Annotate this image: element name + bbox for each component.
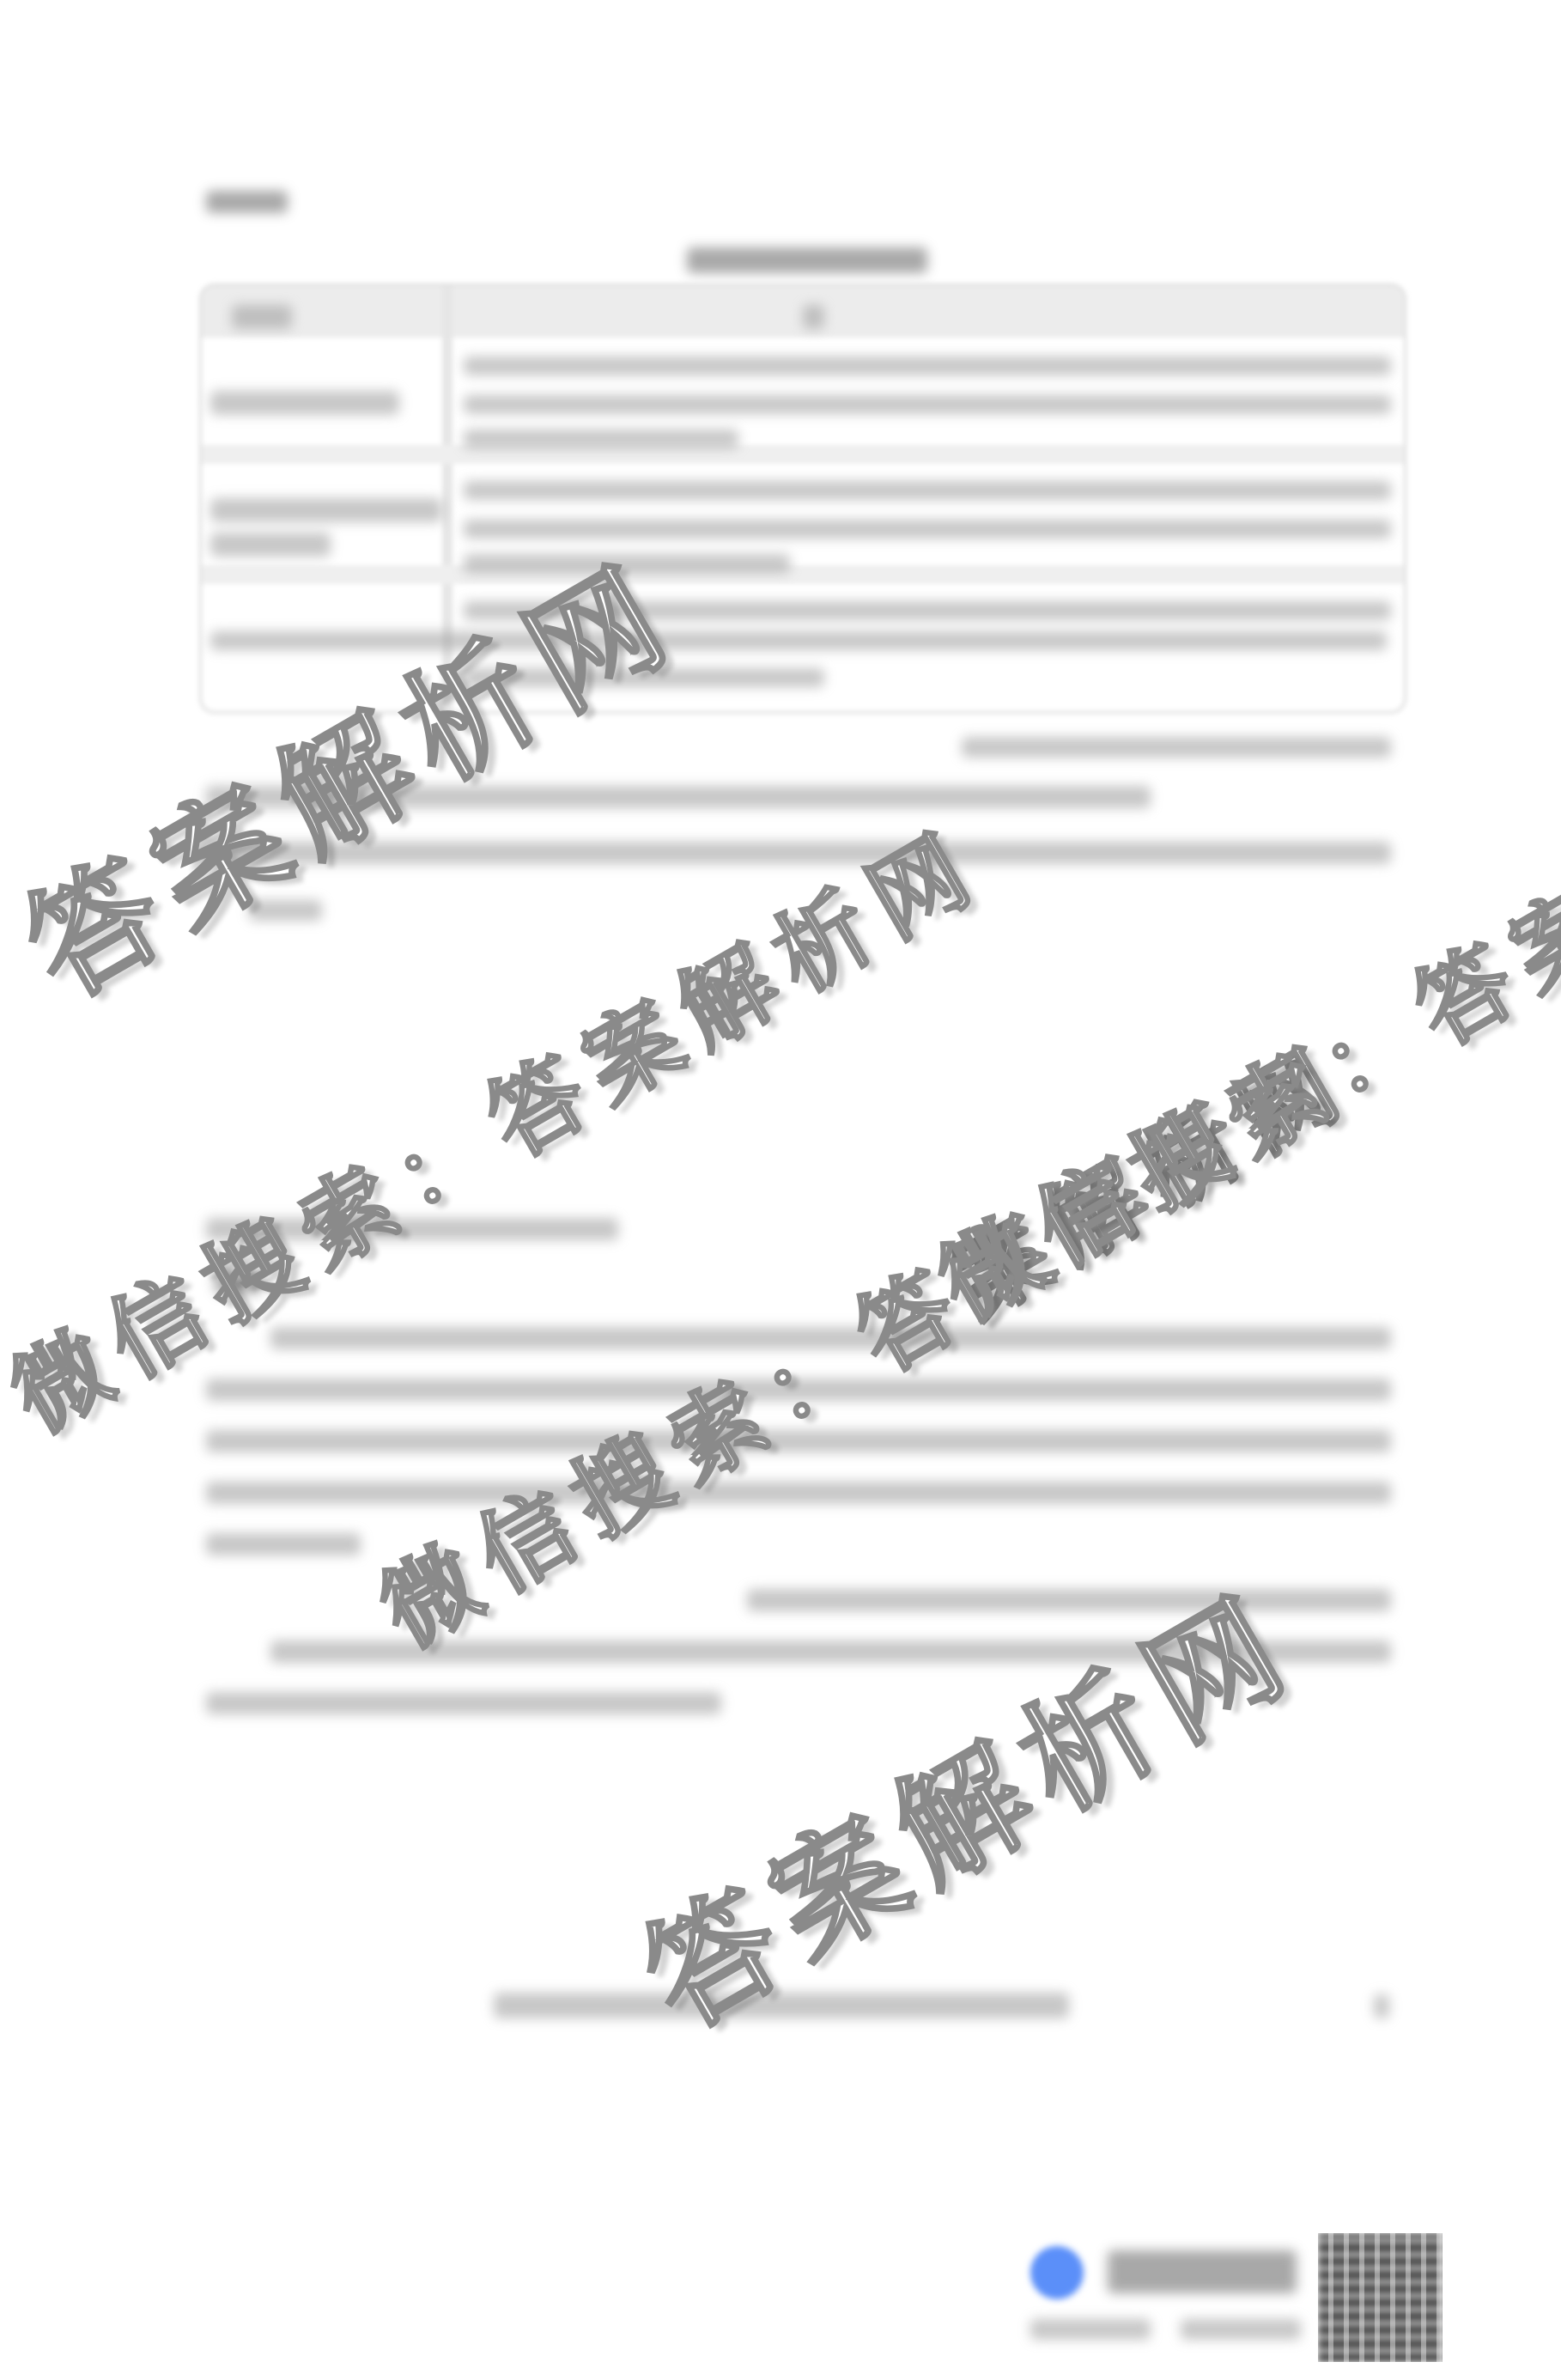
question-1	[206, 786, 1151, 808]
table-cell	[464, 668, 824, 687]
paragraph-line	[270, 1327, 1391, 1349]
brand-logo-icon	[1030, 2246, 1084, 2299]
paragraph-line	[206, 1379, 1391, 1401]
table-cell	[464, 601, 1391, 620]
page-number	[1374, 1994, 1389, 2018]
brand-subtitle	[1030, 2319, 1151, 2340]
table-header-cell	[232, 305, 292, 329]
question-3	[206, 1218, 618, 1240]
table-cell	[464, 356, 1391, 375]
paragraph-line	[206, 1533, 361, 1555]
material-heading	[215, 1271, 262, 1293]
brand-subtitle	[1181, 2319, 1301, 2340]
watermark: 微信搜索：答案解析网	[911, 679, 1561, 1347]
table-cell	[464, 429, 738, 448]
question-4-cont	[206, 1692, 721, 1714]
brand-name	[1108, 2250, 1297, 2293]
table-cell	[210, 498, 442, 522]
question-4	[270, 1640, 1391, 1663]
watermark: 微信搜索：答案解析网	[0, 791, 1003, 1458]
source-line	[962, 737, 1391, 758]
page-footer	[494, 1993, 1069, 2018]
table-cell	[464, 554, 790, 573]
table-cell	[210, 631, 1387, 650]
table-header-cell	[803, 305, 824, 329]
table-title	[687, 247, 927, 273]
table-cell	[210, 533, 331, 557]
qr-code-icon	[1318, 2233, 1443, 2362]
paragraph-line	[206, 1482, 1391, 1504]
question-2	[206, 842, 1391, 864]
source-line	[747, 1589, 1391, 1611]
material-label	[206, 191, 288, 213]
table-row-divider	[202, 565, 1404, 584]
table-row-divider	[202, 445, 1404, 464]
table-cell	[464, 395, 1391, 414]
table-cell	[464, 520, 1391, 539]
paragraph-line	[206, 1430, 1391, 1452]
question-2-score	[249, 900, 322, 921]
table-cell	[210, 391, 399, 415]
table-cell	[464, 481, 1391, 500]
watermark: 答案解析网	[606, 1541, 1323, 2062]
